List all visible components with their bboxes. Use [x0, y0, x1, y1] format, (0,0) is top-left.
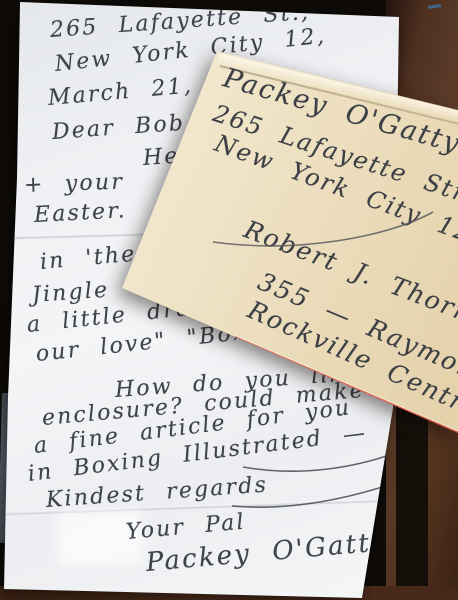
envelope-address-block: Packey O'Gatty — 265 Lafayette Street Ne… [126, 51, 458, 462]
photo-of-letter-and-envelope: 265 Lafayette St., New York City 12, Mar… [0, 0, 458, 600]
envelope-wrap: Packey O'Gatty — 265 Lafayette Street Ne… [0, 0, 458, 600]
envelope: Packey O'Gatty — 265 Lafayette Street Ne… [0, 0, 458, 600]
